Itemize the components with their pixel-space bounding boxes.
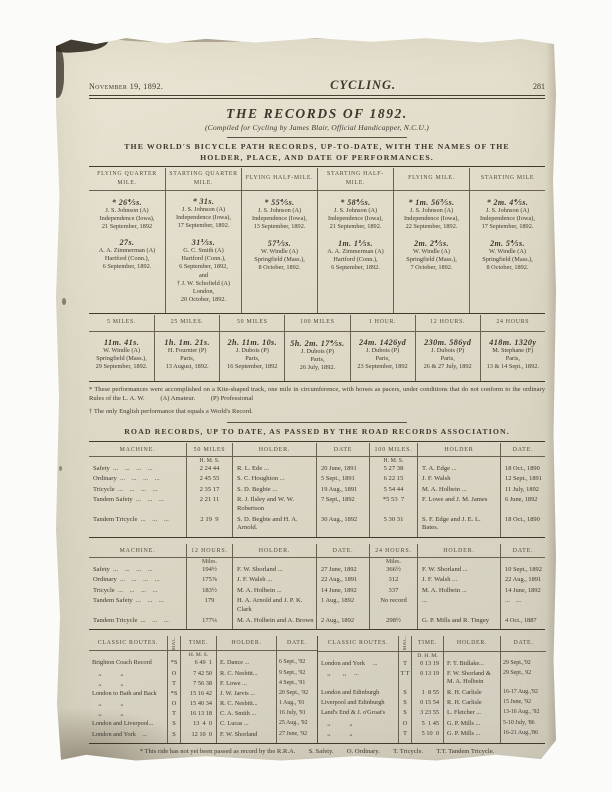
route-cell: London and York ...: [89, 730, 167, 740]
record-entry: 418m. 1320yM. Stephane (F)Paris,13 & 14 …: [482, 338, 544, 372]
record-detail: G. C. Smith (A): [167, 247, 240, 255]
table-padding: [89, 534, 186, 537]
record-entry: 230m. 586ydJ. Dubois (P)Paris,26 & 27 Ju…: [417, 338, 479, 372]
road-records-12-24-table: MACHINE.12 HOURS.HOLDER.DATE.24 HOURS.HO…: [89, 544, 545, 630]
time-cell: 177¼: [186, 616, 232, 627]
time-cell: 3 23 55: [411, 708, 443, 718]
record-time: 2h. 11m. 10s.: [221, 338, 283, 347]
unit-label: [276, 651, 317, 658]
route-cell: ,, ,,: [318, 729, 398, 739]
unit-label: H. M. S.: [369, 457, 417, 464]
record-detail: 13 & 14 Sept., 1892.: [482, 363, 544, 371]
table-padding: [316, 534, 369, 537]
holder-cell: F. W. Shorland ...: [232, 565, 316, 576]
record-detail: Springfield (Mass.),: [243, 256, 316, 264]
time-column-header: TIME.: [411, 636, 443, 651]
date-cell: 5-10 July, '86: [500, 719, 546, 729]
record-detail: 17 September, 1892.: [471, 223, 544, 231]
date-cell: 16 July, '91: [276, 709, 317, 719]
time-cell: 183½: [186, 586, 232, 597]
unit-label: Miles.: [186, 558, 232, 565]
date-cell: 18 Oct., 1890: [500, 464, 545, 475]
holder-cell: F. W. Shorland: [216, 730, 276, 740]
record-detail: Springfield (Mass.),: [471, 256, 544, 264]
table-padding: [411, 740, 443, 743]
table-gap: [89, 630, 545, 635]
road-column-header: MACHINE.: [89, 443, 186, 457]
record-time: 2m. 5⅘s.: [471, 238, 544, 248]
table-padding: [232, 626, 316, 629]
time-cell: No record: [369, 596, 417, 615]
holder-cell: R. J. Ilsley and W. W. Robertson: [232, 495, 316, 514]
record-time: * 58⅘s.: [319, 197, 392, 207]
holder-cell: F. Lowe ...: [216, 679, 276, 689]
record-detail: W. Windle (A): [395, 248, 468, 256]
record-entry: 5h. 2m. 17⅘s.J. Dubois (P)Paris,26 July,…: [286, 338, 348, 373]
time-cell: 7 42 50: [180, 669, 216, 679]
table-padding: [500, 626, 545, 629]
record-time: * 26⅘s.: [90, 197, 164, 207]
ink-speck: [59, 466, 62, 471]
machine-code-cell: T T: [398, 669, 411, 688]
holder-cell: G. P. Mills and R. Tingey: [417, 616, 500, 627]
article-title: THE RECORDS OF 1892.: [89, 106, 545, 122]
record-detail: and: [167, 272, 240, 280]
route-cell: Liverpool and Edinburgh: [318, 698, 398, 708]
path-column-header: 50 MILES: [219, 315, 284, 332]
path-column-cell: * 31s.J. S. Johnson (A)Independence (Iow…: [165, 191, 241, 313]
unit-label: [232, 558, 316, 565]
route-cell: ,, ,,: [318, 719, 398, 729]
path-column-cell: * 1m. 56⅗s.J. S. Johnson (A)Independence…: [393, 191, 469, 313]
record-detail: 17 September, 1892.: [167, 222, 240, 230]
holder-cell: S. C. Houghton ...: [232, 474, 316, 485]
record-detail: 6 September, 1892,: [167, 263, 240, 271]
holder-cell: J. W. Jarvis ...: [216, 689, 276, 699]
record-detail: A. A. Zimmerman (A): [90, 247, 164, 255]
record-detail: Independence (Iowa),: [471, 215, 544, 223]
machine-code-cell: T: [398, 729, 411, 739]
path-column-header: 1 HOUR.: [350, 315, 415, 332]
table-padding: [369, 626, 417, 629]
holder-cell: J. F. Walsh ...: [232, 575, 316, 586]
unit-label: [500, 457, 545, 464]
path-records-long-table: 5 MILES.25 MILES.50 MILES100 MILES1 HOUR…: [89, 315, 545, 382]
record-detail: 8 October, 1892.: [471, 264, 544, 272]
road-column-header: DATE: [316, 443, 369, 457]
record-detail: 23 September, 1892: [352, 363, 414, 371]
record-entry: 2h. 11m. 10s.J. Dubois (P)Paris,16 Septe…: [221, 338, 283, 372]
record-entry: 27s.A. A. Zimmerman (A)Hartford (Conn.),…: [90, 238, 164, 272]
path-column-header: FLYING MILE.: [393, 168, 469, 191]
record-detail: J. S. Johnson (A): [167, 206, 240, 214]
record-detail: Paris,: [156, 355, 218, 363]
table-gap: [89, 538, 545, 543]
record-detail: † J. W. Schofield (A): [167, 280, 240, 288]
road-column-header: 24 HOURS.: [369, 544, 417, 558]
record-time: 2m. 2⅘s.: [395, 238, 468, 248]
machine-code-cell: *S: [167, 689, 180, 699]
record-detail: Independence (Iowa),: [395, 215, 468, 223]
road-column-header: HOLDER.: [232, 544, 316, 558]
path-column-header: FLYING QUARTER MILE.: [89, 168, 165, 191]
road-column-header: 12 HOURS.: [186, 544, 232, 558]
printers-signature: E 2: [89, 762, 545, 771]
date-cell: 10 Sept., 1892: [500, 565, 545, 576]
time-cell: 5 1 45: [411, 719, 443, 729]
unit-label: [417, 558, 500, 565]
date-cell: 9 Sept., '92: [276, 669, 317, 679]
table-padding: [417, 626, 500, 629]
running-head: November 19, 1892. CYCLING. 281: [89, 78, 545, 93]
road-records-heading: ROAD RECORDS, UP TO DATE, AS PASSED BY T…: [89, 427, 545, 438]
route-cell: ,, ,,: [89, 699, 167, 709]
route-cell: Brighton Coach Record: [89, 658, 167, 668]
date-cell: 7 Sept., 1892: [316, 495, 369, 514]
record-detail: 29 September, 1892.: [90, 363, 153, 371]
time-cell: 298½: [369, 616, 417, 627]
route-cell: Land's End & J. o'Groat's: [318, 708, 398, 718]
date-cell: 14 June, 1892: [316, 586, 369, 597]
classic-routes-footnote: * This ride has not yet been passed as r…: [89, 747, 545, 757]
time-cell: 194½: [186, 565, 232, 576]
date-cell: 27 June, 1892: [316, 565, 369, 576]
time-cell: 175⅞: [186, 575, 232, 586]
table-padding: [186, 626, 232, 629]
date-cell: ... ...: [500, 596, 545, 615]
time-cell: 366½: [369, 565, 417, 576]
path-column-cell: 230m. 586ydJ. Dubois (P)Paris,26 & 27 Ju…: [415, 332, 480, 381]
table-padding: [89, 626, 186, 629]
amateur-key: (A) Amateur.: [160, 395, 195, 402]
record-detail: 13 September, 1892.: [243, 223, 316, 231]
time-column-header: TIME.: [180, 636, 216, 651]
record-detail: 8 October, 1892.: [243, 264, 316, 272]
date-cell: 20 Sept., '92: [276, 689, 317, 699]
record-detail: Paris,: [482, 355, 544, 363]
time-cell: 0 13 19: [411, 669, 443, 688]
date-column-header: DATE.: [276, 636, 317, 651]
machine-code-cell: O: [398, 719, 411, 729]
table-padding: [316, 626, 369, 629]
record-detail: J. S. Johnson (A): [243, 207, 316, 215]
record-detail: J. Dubois (P): [221, 347, 283, 355]
path-column-cell: * 55⅘s.J. S. Johnson (A)Independence (Io…: [241, 191, 317, 313]
record-detail: Hartford (Conn.),: [167, 255, 240, 263]
date-cell: 4 Sept., '91: [276, 679, 317, 689]
road-column-header: 50 MILES: [186, 443, 232, 457]
record-detail: A. A. Zimmerman (A): [319, 248, 392, 256]
holder-cell: R. C. Nesbitt...: [216, 699, 276, 709]
date-cell: 15 June, '92: [500, 698, 546, 708]
holder-cell: R. C. Nesbitt...: [216, 669, 276, 679]
dagger-footnote: † The only English performance that equa…: [89, 407, 545, 417]
date-cell: 4 Oct., 1887: [500, 616, 545, 627]
holder-cell: H. A. Arnold and J. P. K. Clark: [232, 596, 316, 615]
machine-cell: Tricycle ... ... ... ...: [89, 485, 186, 496]
machine-abbrev-label: MAC.: [403, 636, 408, 650]
record-time: 11m. 41s.: [90, 338, 153, 347]
date-cell: 11 July, 1892: [500, 485, 545, 496]
holder-cell: M. A. Holbein ...: [417, 485, 500, 496]
date-cell: 19 Aug., 1891: [316, 485, 369, 496]
date-cell: 5 Sept., 1891: [316, 474, 369, 485]
table-padding: [443, 740, 500, 743]
record-detail: Paris,: [352, 355, 414, 363]
record-detail: 6 September, 1892.: [90, 263, 164, 271]
unit-label: [500, 652, 546, 659]
table-padding: [318, 740, 398, 743]
machine-abbrev-label: MAC.: [172, 636, 177, 650]
record-detail: Hartford (Conn.),: [319, 256, 392, 264]
unit-label: [500, 558, 545, 565]
date-cell: 6 Sept., '92: [276, 658, 317, 668]
road-column-header: HOLDER: [417, 443, 500, 457]
holder-cell: M. A. Holbein and A. Brown: [232, 616, 316, 627]
path-column-header: 25 MILES.: [154, 315, 219, 332]
record-detail: Paris,: [286, 356, 348, 364]
date-cell: 1 Aug., 1892: [316, 596, 369, 615]
unit-label: H. M. S.: [180, 651, 216, 658]
holder-cell: M. A. Holbein ...: [417, 586, 500, 597]
unit-label: [89, 651, 167, 658]
route-cell: ,, ,, ...: [318, 669, 398, 688]
route-cell: London to Bath and Back: [89, 689, 167, 699]
record-entry: * 58⅘s.J. S. Johnson (A)Independence (Io…: [319, 197, 392, 232]
holder-cell: S. D. Begbie and H. A. Arnold.: [232, 515, 316, 534]
time-cell: 1 8 55: [411, 688, 443, 698]
path-column-cell: 11m. 41s.W. Windle (A)Springfield (Mass.…: [89, 332, 154, 381]
road-column-header: HOLDER.: [417, 544, 500, 558]
record-detail: 22 September, 1892.: [395, 223, 468, 231]
record-time: 418m. 1320y: [482, 338, 544, 347]
road-column-header: DATE.: [500, 443, 545, 457]
time-cell: 5 30 31: [369, 515, 417, 534]
record-detail: Independence (Iowa),: [167, 214, 240, 222]
record-detail: 13 August, 1892.: [156, 363, 218, 371]
record-time: * 1m. 56⅗s.: [395, 197, 468, 207]
record-time: 57⅕s.: [243, 238, 316, 248]
date-cell: 22 Aug., 1891: [500, 575, 545, 586]
time-cell: 5 27 38: [369, 464, 417, 475]
holder-cell: R. L. Ede ...: [232, 464, 316, 475]
record-detail: 7 October, 1892.: [395, 264, 468, 272]
time-cell: 5 54 44: [369, 485, 417, 496]
time-cell: 13 4 0: [180, 719, 216, 729]
machine-cell: Tricycle ... ... ... ...: [89, 586, 186, 597]
classic-routes-left: CLASSIC ROUTES.MAC.TIME.HOLDER.DATE.H. M…: [89, 636, 317, 743]
machine-code-cell: S: [398, 708, 411, 718]
record-time: 5h. 2m. 17⅘s.: [286, 338, 348, 348]
time-cell: 0 15 54: [411, 698, 443, 708]
record-detail: London,: [167, 288, 240, 296]
machine-code-cell: T: [167, 679, 180, 689]
holder-cell: S. D. Begbie ...: [232, 485, 316, 496]
record-detail: Independence (Iowa),: [243, 215, 316, 223]
record-entry: 1m. 1⅕s.A. A. Zimmerman (A)Hartford (Con…: [319, 238, 392, 273]
record-detail: W. Windle (A): [471, 248, 544, 256]
record-detail: J. Dubois (P): [286, 348, 348, 356]
holder-cell: C. A. Smith ...: [216, 709, 276, 719]
path-column-cell: 1h. 1m. 21s.H. Fournier (P)Paris,13 Augu…: [154, 332, 219, 381]
unit-label: [417, 457, 500, 464]
holder-cell: C. Lucas ...: [216, 719, 276, 729]
path-column-cell: 5h. 2m. 17⅘s.J. Dubois (P)Paris,26 July,…: [284, 332, 349, 381]
classic-routes-header: CLASSIC ROUTES.: [318, 636, 398, 651]
time-cell: 2 19 9: [186, 515, 232, 534]
record-detail: 6 September, 1892.: [319, 264, 392, 272]
holder-cell: M. A. Holbein ...: [232, 586, 316, 597]
path-column-header: 24 HOURS: [480, 315, 545, 332]
record-time: 27s.: [90, 238, 164, 247]
machine-code-cell: O: [167, 699, 180, 709]
path-column-header: FLYING HALF-MILE.: [241, 168, 317, 191]
time-cell: 15 16 42: [180, 689, 216, 699]
record-detail: 21 September, 1892.: [319, 223, 392, 231]
table-padding: [500, 534, 545, 537]
path-records-short-table: FLYING QUARTER MILE.STARTING QUARTER MIL…: [89, 168, 545, 314]
machine-code-cell: O: [167, 669, 180, 679]
date-cell: 29 Sept.,'92: [500, 659, 546, 669]
record-detail: 21 September, 1892: [90, 223, 164, 231]
road-column-header: DATE.: [316, 544, 369, 558]
professional-key: (P) Professional: [211, 395, 253, 402]
record-detail: J. S. Johnson (A): [471, 207, 544, 215]
time-cell: *5 53 7: [369, 495, 417, 514]
record-detail: 26 July, 1892.: [286, 364, 348, 372]
record-time: 31⅕s.: [167, 237, 240, 247]
path-column-cell: * 58⅘s.J. S. Johnson (A)Independence (Io…: [317, 191, 393, 313]
record-time: 230m. 586yd: [417, 338, 479, 347]
record-entry: 31⅕s.G. C. Smith (A)Hartford (Conn.),6 S…: [167, 237, 240, 305]
record-entry: 24m. 1426ydJ. Dubois (P)Paris,23 Septemb…: [352, 338, 414, 372]
table-top-rule: [89, 441, 545, 442]
table-padding: [216, 740, 276, 743]
record-detail: Springfield (Mass.),: [395, 256, 468, 264]
date-cell: 14 June, 1892: [500, 586, 545, 597]
holder-cell: F. T. Bidlake...: [443, 659, 500, 669]
date-cell: 12 Sept., 1891: [500, 474, 545, 485]
table-padding: [167, 740, 180, 743]
holder-column-header: HOLDER.: [443, 636, 500, 651]
path-records-footnote: * These performances were accomplished o…: [89, 385, 545, 404]
holder-cell: ...: [417, 596, 500, 615]
record-time: 24m. 1426yd: [352, 338, 414, 347]
holder-cell: R. H. Carlisle: [443, 698, 500, 708]
holder-cell: E. Dance ...: [216, 658, 276, 668]
route-cell: London and Edinburgh: [318, 688, 398, 698]
ink-speck: [62, 298, 66, 305]
machine-cell: Tandem Tricycle ... ... ...: [89, 515, 186, 534]
top-edge-stain: [286, 34, 376, 39]
unit-label: [89, 558, 186, 565]
road-column-header: MACHINE.: [89, 544, 186, 558]
time-cell: 2 21 11: [186, 495, 232, 514]
divider-rule: [227, 137, 407, 138]
machine-column-header: MAC.: [398, 636, 411, 651]
table-padding: [276, 740, 317, 743]
record-entry: 2m. 2⅘s.W. Windle (A)Springfield (Mass.)…: [395, 238, 468, 273]
record-detail: W. Windle (A): [243, 248, 316, 256]
date-cell: 22 Aug., 1891: [316, 575, 369, 586]
date-cell: 27 June, '92: [276, 730, 317, 740]
machine-column-header: MAC.: [167, 636, 180, 651]
time-cell: 337: [369, 586, 417, 597]
record-detail: Independence (Iowa),: [90, 215, 164, 223]
classic-routes-header: CLASSIC ROUTES.: [89, 636, 167, 651]
machine-cell: Tandem Safety ... ... ...: [89, 495, 186, 514]
unit-label: [216, 651, 276, 658]
road-column-header: HOLDER.: [232, 443, 316, 457]
date-cell: 20 June, 1891: [316, 464, 369, 475]
unit-label: Miles.: [369, 558, 417, 565]
path-column-cell: * 26⅘s.J. S. Johnson (A)Independence (Io…: [89, 191, 165, 313]
top-edge-stain: [116, 34, 266, 42]
path-column-cell: 24m. 1426ydJ. Dubois (P)Paris,23 Septemb…: [350, 332, 415, 381]
unit-label: [443, 652, 500, 659]
time-cell: 7 56 38: [180, 679, 216, 689]
table-padding: [232, 534, 316, 537]
table-padding: [89, 740, 167, 743]
date-column-header: DATE.: [500, 636, 546, 651]
record-detail: Independence (Iowa),: [319, 215, 392, 223]
time-cell: 312: [369, 575, 417, 586]
machine-cell: Ordinary ... ... ... ...: [89, 575, 186, 586]
record-entry: * 26⅘s.J. S. Johnson (A)Independence (Io…: [90, 197, 164, 232]
record-entry: 11m. 41s.W. Windle (A)Springfield (Mass.…: [90, 338, 153, 372]
record-entry: * 2m. 4⅘s.J. S. Johnson (A)Independence …: [471, 197, 544, 232]
unit-label: [318, 652, 398, 659]
holder-cell: F. Lowe and J. M. James: [417, 495, 500, 514]
route-cell: London and York ...: [318, 659, 398, 669]
holder-cell: G. P. Mills ...: [443, 719, 500, 729]
unit-label: [167, 651, 180, 658]
machine-code-cell: *S: [167, 658, 180, 668]
machine-code-cell: S: [398, 698, 411, 708]
unit-label: [89, 457, 186, 464]
table-top-rule: [89, 166, 545, 167]
record-time: * 55⅘s.: [243, 197, 316, 207]
machine-code-cell: S: [398, 688, 411, 698]
table-padding: [369, 534, 417, 537]
right-edge-shadow: [546, 36, 556, 762]
record-entry: * 1m. 56⅗s.J. S. Johnson (A)Independence…: [395, 197, 468, 232]
date-cell: 25 Aug., '92: [276, 719, 317, 729]
road-records-50-100-table: MACHINE.50 MILESHOLDER.DATE100 MILES.HOL…: [89, 443, 545, 538]
path-column-header: 5 MILES.: [89, 315, 154, 332]
time-cell: 16 13 18: [180, 709, 216, 719]
date-cell: 2 Aug., 1892: [316, 616, 369, 627]
unit-label: [316, 558, 369, 565]
torn-edge-artifact: [51, 46, 64, 98]
time-cell: 0 13 19: [411, 659, 443, 669]
record-detail: J. Dubois (P): [417, 347, 479, 355]
machine-code-cell: T: [167, 709, 180, 719]
unit-label: [398, 652, 411, 659]
record-entry: 57⅕s.W. Windle (A)Springfield (Mass.),8 …: [243, 238, 316, 273]
record-time: 1m. 1⅕s.: [319, 238, 392, 248]
path-column-header: 100 MILES: [284, 315, 349, 332]
time-cell: 12 10 0: [180, 730, 216, 740]
record-detail: 20 October, 1892.: [167, 296, 240, 304]
path-column-header: 12 HOURS.: [415, 315, 480, 332]
page-number: 281: [533, 82, 545, 91]
machine-code-cell: S: [167, 719, 180, 729]
table-padding: [398, 740, 411, 743]
holder-column-header: HOLDER.: [216, 636, 276, 651]
masthead: CYCLING.: [330, 78, 396, 93]
machine-code-cell: T: [398, 659, 411, 669]
